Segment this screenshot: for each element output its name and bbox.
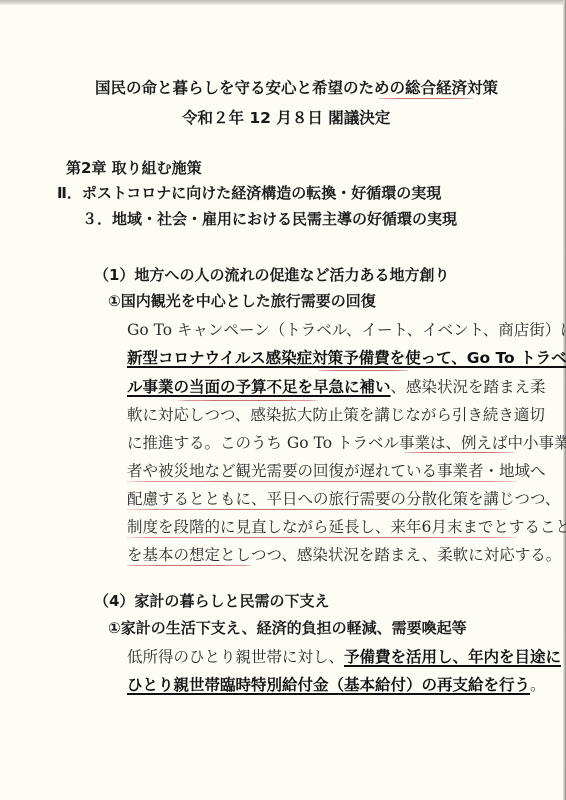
red-pen-underline <box>378 98 473 99</box>
item-4-heading: （4）家計の暮らしと民需の下支え <box>94 590 329 611</box>
red-pen-underline <box>318 370 408 371</box>
red-pen-underline <box>127 537 517 538</box>
body-line: ル事業の当面の予算不足を早急に補い、感染状況を踏まえ柔 <box>127 375 546 397</box>
body-line: 配慮するとともに、平日への旅行需要の分散化策を講じつつ、 <box>127 487 560 509</box>
body-line: に推進する。このうち Go To トラベル事業は、例えば中小事業 <box>127 431 566 453</box>
document-title: 国民の命と暮らしを守る安心と希望のための総合経済対策 <box>95 76 498 98</box>
date-line: 令和２年 12 月８日 閣議決定 <box>182 106 390 128</box>
emphasis-underlined: 新型コロナウイルス感染症対策予備費を使って、Go To トラベ <box>127 349 566 367</box>
red-pen-underline <box>127 481 517 482</box>
scan-top-edge <box>0 0 566 5</box>
body-line: 者や被災地など観光需要の回復が遅れている事業者・地域へ <box>127 459 546 481</box>
body-line: 軟に対応しつつ、感染拡大防止策を講じながら引き続き適切 <box>127 403 545 425</box>
section-II-heading: Ⅱ．ポストコロナに向けた経済構造の転換・好循環の実現 <box>57 182 441 203</box>
body-line: 新型コロナウイルス感染症対策予備費を使って、Go To トラベ <box>127 346 566 368</box>
emphasis-underlined: 予備費を活用し、年内を目途に <box>344 648 561 666</box>
red-pen-underline <box>404 452 514 453</box>
body-line: を基本の想定としつつ、感染状況を踏まえ、柔軟に対応する。 <box>127 543 561 565</box>
body-line: ひとり親世帯臨時特別給付金（基本給付）の再支給を行う。 <box>127 673 546 695</box>
body-line: 制度を段階的に見直しながら延長し、来年6月末までとすること <box>127 515 566 537</box>
chapter-heading: 第2章 取り組む施策 <box>66 157 202 178</box>
item-1-subheading: ①国内観光を中心とした旅行需要の回復 <box>108 290 376 311</box>
section-3-heading: ３．地域・社会・雇用における民需主導の好循環の実現 <box>82 208 457 229</box>
item-1-heading: （1）地方への人の流れの促進など活力ある地方創り <box>94 264 449 285</box>
emphasis-underlined: ル事業の当面の予算不足を早急に補い <box>127 378 391 396</box>
red-pen-underline <box>127 565 252 566</box>
body-line: 低所得のひとり親世帯に対し、予備費を活用し、年内を目途に <box>127 645 561 667</box>
item-4-subheading: ①家計の生活下支え、経済的負担の軽減、需要喚起等 <box>108 617 467 638</box>
red-pen-underline <box>178 400 318 401</box>
body-line: Go To キャンペーン（トラベル、イート、イベント、商店街）は、 <box>127 318 566 340</box>
emphasis-underlined: ひとり親世帯臨時特別給付金（基本給付）の再支給を行う <box>127 676 530 694</box>
red-pen-underline <box>127 509 507 510</box>
